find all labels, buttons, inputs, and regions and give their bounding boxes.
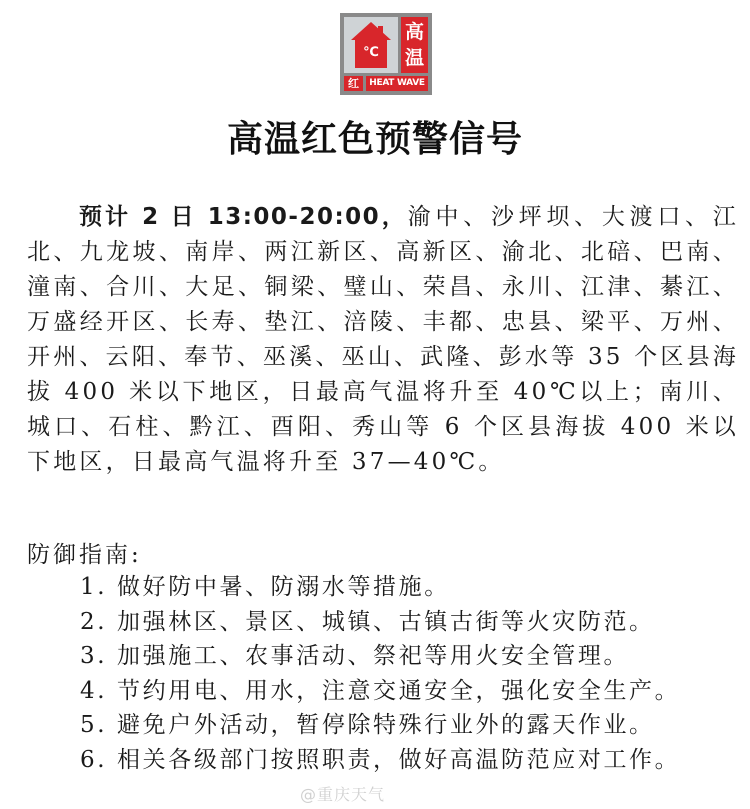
guide-item: 4. 节约用电、用水，注意交通安全，强化安全生产。: [80, 674, 680, 709]
guide-item: 3. 加强施工、农事活动、祭祀等用火安全管理。: [80, 639, 680, 674]
guide-item: 1. 做好防中暑、防溺水等措施。: [80, 570, 680, 605]
forecast-body: 渝中、沙坪坝、大渡口、江北、九龙坡、南岸、两江新区、高新区、渝北、北碚、巴南、潼…: [27, 204, 739, 475]
guide-list: 1. 做好防中暑、防溺水等措施。 2. 加强林区、景区、城镇、古镇古街等火灾防范…: [80, 570, 680, 777]
forecast-time-lead: 预计 2 日 13:00-20:00，: [79, 204, 408, 230]
badge-char-wen: 温: [401, 45, 428, 71]
badge-characters: 高 温: [401, 17, 428, 73]
forecast-paragraph: 预计 2 日 13:00-20:00，渝中、沙坪坝、大渡口、江北、九龙坡、南岸、…: [27, 200, 739, 480]
badge-char-gao: 高: [401, 19, 428, 45]
badge-level-label: 红: [344, 76, 363, 91]
heat-wave-warning-badge: ℃ 高 温 红 HEAT WAVE: [340, 13, 432, 95]
guide-item: 2. 加强林区、景区、城镇、古镇古街等火灾防范。: [80, 605, 680, 640]
celsius-symbol: ℃: [361, 45, 381, 60]
page-title: 高温红色预警信号: [0, 111, 750, 162]
weibo-watermark: @重庆天气: [300, 782, 385, 805]
badge-bottom-strip: 红 HEAT WAVE: [344, 76, 428, 91]
guide-item: 5. 避免户外活动，暂停除特殊行业外的露天作业。: [80, 708, 680, 743]
badge-house-panel: ℃: [344, 17, 398, 73]
guide-item: 6. 相关各级部门按照职责，做好高温防范应对工作。: [80, 743, 680, 778]
guide-heading: 防御指南:: [27, 536, 142, 569]
badge-english-label: HEAT WAVE: [366, 76, 428, 91]
